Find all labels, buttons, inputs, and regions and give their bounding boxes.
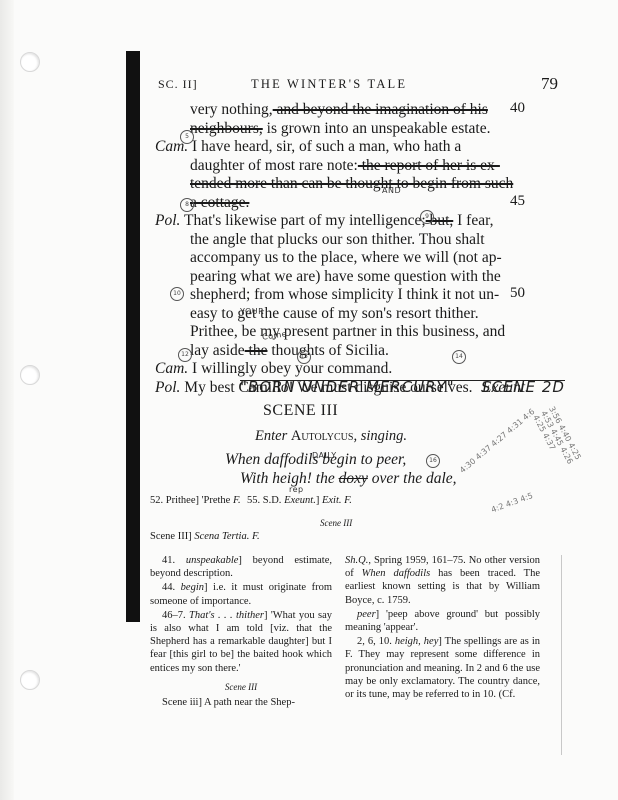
scene-heading: SCENE III (263, 402, 338, 420)
stage-direction: Enter Autolycus, singing. (255, 428, 407, 445)
play-line: neighbours, is grown into an unspeakable… (190, 120, 490, 138)
note-ref: 55. S.D. (247, 495, 284, 506)
song-text: With heigh! the (240, 470, 339, 487)
commentary-note: Sh.Q., Spring 1959, 161–75. No other ver… (345, 554, 540, 607)
handwritten-timings: 4:30 4:37 4:27 4:31 4:6 (458, 407, 536, 475)
circled-number: 10 (170, 287, 184, 301)
binder-hole-bottom (20, 670, 40, 690)
song-line-1: When daffodils begin to peer, (225, 451, 406, 469)
binder-hole-middle (20, 365, 40, 385)
circled-number: 12 (178, 348, 192, 362)
header-title: THE WINTER'S TALE (251, 77, 407, 92)
stage-direction-action: , singing. (353, 428, 407, 444)
line-text: is grown into an unspeakable estate. (263, 120, 491, 137)
play-line: shepherd; from whose simplicity I think … (190, 286, 499, 304)
handwritten-your: YOUR (240, 307, 264, 316)
circled-number: 16 (426, 454, 440, 468)
struck-text: and beyond the imagination of his (273, 101, 488, 118)
play-line: easy to get the cause of my son's resort… (190, 305, 479, 323)
struck-text: neighbours, (190, 120, 263, 137)
struck-text: the report of her is ex- (358, 157, 500, 174)
circled-number: 9 (420, 210, 434, 224)
textual-note: Scene III] Scena Tertia. F. (150, 531, 260, 542)
commentary-note: 41. unspeakable] beyond estimate, beyond… (150, 554, 332, 580)
play-line: Cam. I have heard, sir, of such a man, w… (155, 138, 461, 156)
note-text: 'Prethe (199, 495, 233, 506)
line-text: daughter of most rare note: (190, 157, 358, 174)
circled-number: 8 (180, 198, 194, 212)
speaker-name: Pol. (155, 379, 180, 396)
note-text: Scena Tertia. F. (194, 531, 259, 542)
binder-hole-top (20, 52, 40, 72)
column-rule (561, 555, 562, 755)
line-text: the angle that plucks our son thither. T… (190, 231, 485, 248)
commentary-note: Scene iii] A path near the Shep- (150, 696, 332, 709)
line-text: very nothing, (190, 101, 273, 118)
play-line: a cottage. (190, 194, 249, 212)
circled-number: 14 (452, 350, 466, 364)
play-line: tended more than can be thought to begin… (190, 175, 513, 193)
circled-number: 5 (180, 130, 194, 144)
commentary-note: 44. begin] i.e. it must originate from s… (150, 581, 332, 607)
line-number: 45 (510, 193, 525, 210)
textual-note: 52. Prithee] 'Prethe F. (150, 495, 241, 506)
commentary-note: 46–7. That's . . . thither] 'What you sa… (150, 609, 332, 675)
play-line: pearing what we are) have some question … (190, 268, 501, 286)
speaker-name: Cam. (155, 360, 188, 377)
handwritten-timings: 4:2 4:3 4:5 (490, 491, 534, 514)
line-text: shepherd; from whose simplicity I think … (190, 286, 499, 303)
line-text: thoughts of Sicilia. (267, 342, 388, 359)
line-text: That's likewise part of my intelligence; (180, 212, 425, 229)
note-ref: 52. Prithee] (150, 495, 199, 506)
line-number: 50 (510, 285, 525, 302)
scene-label: Scene III (150, 681, 332, 694)
handwritten-and: AND (382, 186, 401, 195)
commentary-right-column: Sh.Q., Spring 1959, 161–75. No other ver… (345, 554, 540, 702)
note-ref: Scene III] (150, 531, 194, 542)
play-line: the angle that plucks our son thither. T… (190, 231, 485, 249)
line-text: I fear, (453, 212, 493, 229)
play-line: accompany us to the place, where we will… (190, 249, 502, 267)
play-line: Cam. I willingly obey your command. (155, 360, 392, 378)
commentary-note: 2, 6, 10. heigh, hey] The spellings are … (345, 635, 540, 701)
song-text: over the dale, (368, 470, 457, 487)
page-number: 79 (541, 74, 558, 94)
handwritten-scene-code: SCENE 2D (481, 378, 565, 396)
commentary-note: peer] 'peep above ground' but possibly m… (345, 608, 540, 634)
line-text: easy to get the cause of my son's resort… (190, 305, 479, 322)
character-name: Autolycus (291, 428, 354, 444)
struck-text: the (245, 342, 268, 359)
handwritten-scene-title: "BORN UNDER MERCURY" SCENE 2D (240, 380, 565, 381)
circled-number: 13 (297, 350, 311, 364)
struck-text: doxy (339, 470, 368, 487)
play-line: very nothing, and beyond the imagination… (190, 101, 488, 119)
handwritten-title-text: "BORN UNDER MERCURY" (240, 378, 455, 396)
scene-label: Scene III (320, 518, 352, 528)
play-line: daughter of most rare note: the report o… (190, 157, 500, 175)
line-number: 40 (510, 100, 525, 117)
play-line: Pol. That's likewise part of my intellig… (155, 212, 494, 230)
note-lemma: Exeunt. (284, 495, 316, 506)
line-text: pearing what we are) have some question … (190, 268, 501, 285)
page-edge-shadow (0, 0, 14, 800)
margin-black-bar (126, 51, 140, 622)
textual-note: 55. S.D. Exeunt.] Exit. F. (247, 495, 352, 506)
play-line: lay aside the thoughts of Sicilia. (190, 342, 389, 360)
stage-direction-enter: Enter (255, 428, 291, 444)
line-text: I have heard, sir, of such a man, who ha… (188, 138, 461, 155)
line-text: accompany us to the place, where we will… (190, 249, 502, 266)
header-act-scene: SC. II] (158, 77, 198, 92)
struck-text: a cottage. (190, 194, 249, 211)
note-source: Exit. F. (322, 495, 352, 506)
commentary-left-column: 41. unspeakable] beyond estimate, beyond… (150, 554, 332, 710)
line-text: I willingly obey your command. (188, 360, 392, 377)
handwritten-timings: 3:56 4:40 4:25 4:53 4:45 4:26 4:25 4:37 (531, 405, 584, 473)
note-source: F. (233, 495, 241, 506)
running-header: SC. II] THE WINTER'S TALE 79 (158, 77, 558, 97)
line-text: lay aside (190, 342, 245, 359)
line-text: Prithee, be my present partner in this b… (190, 323, 505, 340)
play-line: Prithee, be my present partner in this b… (190, 323, 505, 341)
speaker-name: Pol. (155, 212, 180, 229)
song-line-2: With heigh! the doxy over the dale, (240, 470, 457, 488)
struck-text: tended more than can be thought to begin… (190, 175, 513, 192)
